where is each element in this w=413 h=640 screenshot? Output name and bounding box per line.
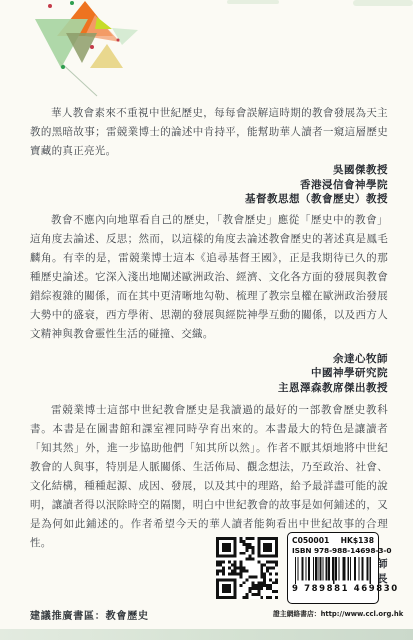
- shelf-category-label: 建議推廣書區：教會歷史: [30, 607, 149, 622]
- green-dot: [70, 1, 74, 5]
- price-label: HK$138: [341, 536, 374, 545]
- endorsement-signature-2: 余達心牧師 中國神學研究院 主恩澤森教席傑出教授: [30, 352, 388, 396]
- chartreuse-triangle: [95, 17, 112, 29]
- signer-title: 主恩澤森教席傑出教授: [30, 381, 388, 396]
- photo-streak: [227, 0, 279, 4]
- endorsement-text-1: 華人教會素來不重視中世紀歷史，每每會誤解這時期的教會發展為天主教的黑暗故事；雷競…: [30, 104, 388, 161]
- endorsements-column: 華人教會素來不重視中世紀歷史，每每會誤解這時期的教會發展為天主教的黑暗故事；雷競…: [30, 104, 388, 586]
- signer-institution: 香港浸信會神學院: [30, 178, 388, 193]
- barcode-icon: [292, 557, 374, 584]
- endorsement-text-3: 雷競業博士這部中世紀教會歷史是我讀過的最好的一部教會歷史教科書。本書是在圖書館和…: [30, 401, 388, 553]
- signer-name: 余達心牧師: [30, 352, 388, 367]
- pale-green-triangle: [112, 28, 138, 45]
- qr-code-icon: [216, 537, 278, 599]
- store-url: 證主網絡書店：http://www.ccl.org.hk: [273, 608, 385, 618]
- yellow-triangle: [90, 44, 123, 68]
- red-dot: [48, 4, 52, 8]
- bottom-edge-strip: [0, 629, 413, 640]
- price-row: C050001 HK$138: [292, 536, 374, 545]
- product-code: C050001: [292, 536, 329, 545]
- red-dot: [90, 45, 94, 49]
- endorsement-signature-1: 吳國傑教授 香港浸信會神學院 基督教思想（教會歷史）教授: [30, 163, 388, 207]
- endorsement-text-2: 教會不應內向地單看自己的歷史，「教會歷史」應從「歷史中的教會」這角度去論述、反思…: [30, 211, 388, 344]
- photo-streak: [353, 0, 413, 6]
- barcode-digits: 9 789881 469830: [292, 585, 374, 594]
- red-dot: [117, 39, 120, 42]
- book-back-cover: 華人教會素來不重視中世紀歷史，每每會誤解這時期的教會發展為天主教的黑暗故事；雷競…: [0, 0, 413, 640]
- isbn-number: ISBN 978-988-14698-3-0: [292, 546, 374, 555]
- signer-name: 吳國傑教授: [30, 163, 388, 178]
- decorative-triangles: [0, 0, 160, 110]
- price-isbn-box: C050001 HK$138 ISBN 978-988-14698-3-0 9 …: [287, 532, 379, 604]
- signer-title: 基督教思想（教會歷史）教授: [30, 192, 388, 207]
- signer-institution: 中國神學研究院: [30, 366, 388, 381]
- green-dot: [61, 65, 65, 69]
